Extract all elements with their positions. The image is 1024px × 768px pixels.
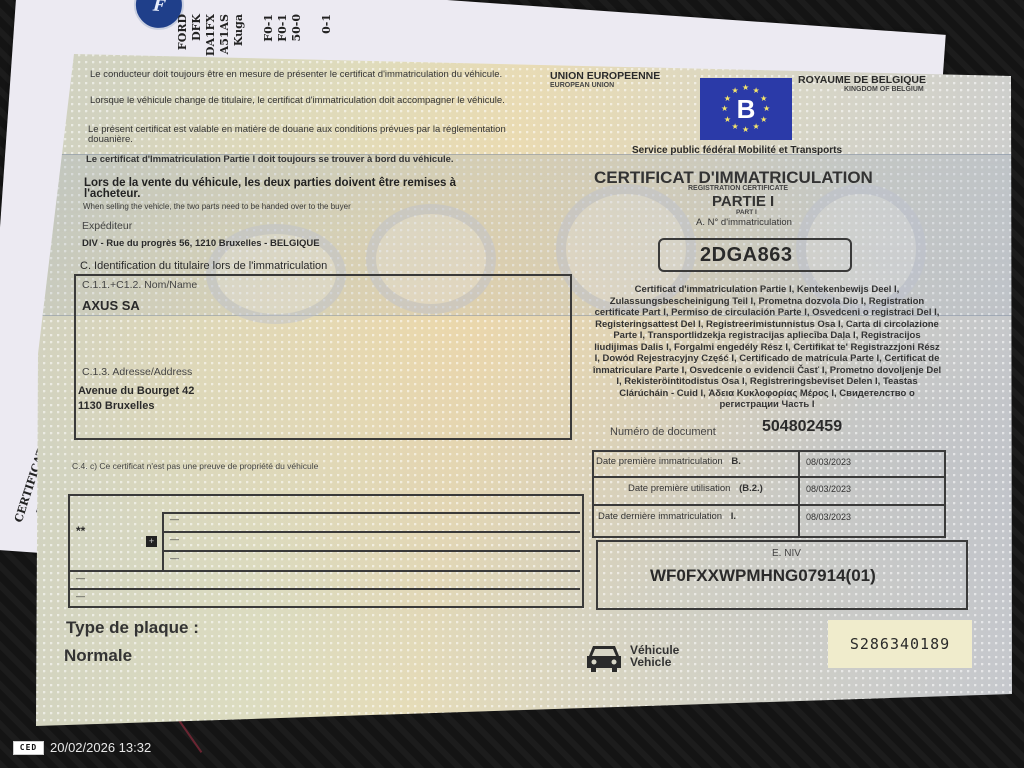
date-value: 08/03/2023 — [806, 484, 851, 494]
union-label: UNION EUROPEENNE — [550, 70, 660, 82]
notice-present: Le conducteur doit toujours être en mesu… — [90, 70, 530, 80]
notice-customs: Le présent certificat est valable en mat… — [88, 125, 528, 145]
grid-cell: — — [170, 514, 179, 524]
coc-code: A51AS — [218, 14, 231, 54]
part-title-en: PART I — [736, 209, 757, 216]
date-value: 08/03/2023 — [806, 457, 851, 467]
coc-code: 0-1 — [320, 14, 333, 34]
name-label: C.1.1.+C1.2. Nom/Name — [82, 279, 197, 291]
capture-datetime: 20/02/2026 13:32 — [50, 740, 151, 755]
eu-star-icon: ★ — [760, 95, 767, 103]
date-label: Date dernière immatriculation I. — [598, 511, 736, 522]
coc-code: DA1FX — [204, 14, 217, 56]
plus-square-icon: + — [146, 536, 157, 547]
eu-star-icon: ★ — [742, 84, 749, 92]
camera-logo-icon: CED — [13, 741, 44, 755]
grid-divider — [164, 512, 580, 514]
grid-divider — [68, 570, 580, 572]
holder-name: AXUS SA — [82, 298, 140, 313]
eu-star-icon: ★ — [724, 95, 731, 103]
notice-sale-en: When selling the vehicle, the two parts … — [83, 202, 351, 212]
coc-code: Kuga — [232, 14, 245, 46]
serial-number: S286340189 — [850, 635, 950, 653]
grid-divider — [162, 512, 164, 570]
service-label: Service public fédéral Mobilité et Trans… — [632, 145, 842, 156]
dates-divider — [592, 476, 944, 478]
eu-star-icon: ★ — [763, 105, 770, 113]
address-label: C.1.3. Adresse/Address — [82, 366, 192, 378]
ownership-note: C.4. c) Ce certificat n'est pas une preu… — [72, 461, 318, 471]
union-label-en: EUROPEAN UNION — [550, 82, 614, 89]
registration-certificate-card: Le conducteur doit toujours être en mesu… — [36, 54, 1012, 726]
car-icon — [586, 642, 622, 674]
date-label: Date première utilisation (B.2.) — [628, 483, 763, 494]
notice-change-holder: Lorsque le véhicule change de titulaire,… — [90, 96, 530, 106]
plate-type-label: Type de plaque : — [66, 618, 199, 638]
kingdom-label-en: KINGDOM OF BELGIUM — [844, 86, 924, 93]
camera-timestamp: CED 20/02/2026 13:32 — [13, 740, 151, 755]
grid-cell: — — [76, 573, 85, 583]
coc-code: F0-1 — [276, 14, 289, 42]
document-number: 504802459 — [762, 418, 842, 436]
eu-star-icon: ★ — [753, 123, 760, 131]
kingdom-label: ROYAUME DE BELGIQUE — [798, 74, 926, 86]
vehicle-category-en: Vehicle — [630, 656, 671, 668]
stars-mark: ** — [76, 524, 85, 538]
eu-star-icon: ★ — [732, 123, 739, 131]
eu-star-icon: ★ — [753, 87, 760, 95]
plate-number-box: 2DGA863 — [658, 238, 852, 272]
coc-code: FORD — [176, 14, 189, 50]
address-line-1: Avenue du Bourget 42 — [78, 385, 194, 397]
dates-divider — [592, 504, 944, 506]
grid-cell: — — [76, 591, 85, 601]
dates-divider — [798, 450, 800, 536]
grid-divider — [164, 550, 580, 552]
eu-star-icon: ★ — [732, 87, 739, 95]
vin-number: WF0FXXWPMHNG07914(01) — [650, 566, 876, 586]
eu-star-icon: ★ — [721, 105, 728, 113]
notice-sale: Lors de la vente du véhicule, les deux p… — [84, 178, 514, 200]
address-line-2: 1130 Bruxelles — [78, 400, 154, 412]
vin-label: E. NIV — [772, 548, 801, 559]
holder-box — [74, 274, 572, 440]
plate-number: 2DGA863 — [700, 244, 792, 267]
document-number-label: Numéro de document — [610, 426, 716, 438]
notice-onboard: Le certificat d'Immatriculation Partie I… — [86, 155, 526, 165]
sender-label: Expéditeur — [82, 220, 132, 232]
holder-section-title: C. Identification du titulaire lors de l… — [80, 260, 327, 272]
certificate-title-en: REGISTRATION CERTIFICATE — [688, 185, 788, 192]
coc-code: DFK — [190, 14, 203, 41]
grid-divider — [164, 531, 580, 533]
eu-star-icon: ★ — [742, 126, 749, 134]
grid-cell: — — [170, 553, 179, 563]
sender-value: DIV - Rue du progrès 56, 1210 Bruxelles … — [82, 238, 320, 249]
coc-code: F0-1 — [262, 14, 275, 42]
coc-code: 50-0 — [290, 14, 303, 42]
part-title: PARTIE I — [712, 193, 774, 210]
serial-number-box: S286340189 — [828, 620, 972, 668]
eu-star-icon: ★ — [724, 116, 731, 124]
multilingual-title-text: Certificat d'immatriculation Partie I, K… — [592, 284, 942, 411]
date-value: 08/03/2023 — [806, 512, 851, 522]
plate-number-label: A. N° d'immatriculation — [696, 217, 792, 228]
plate-type-value: Normale — [64, 646, 132, 666]
eu-star-icon: ★ — [760, 116, 767, 124]
date-label: Date première immatriculation B. — [596, 456, 741, 467]
grid-cell: — — [170, 534, 179, 544]
grid-divider — [68, 588, 580, 590]
eu-flag-icon: B ★★★★★★★★★★★★ — [700, 78, 792, 140]
